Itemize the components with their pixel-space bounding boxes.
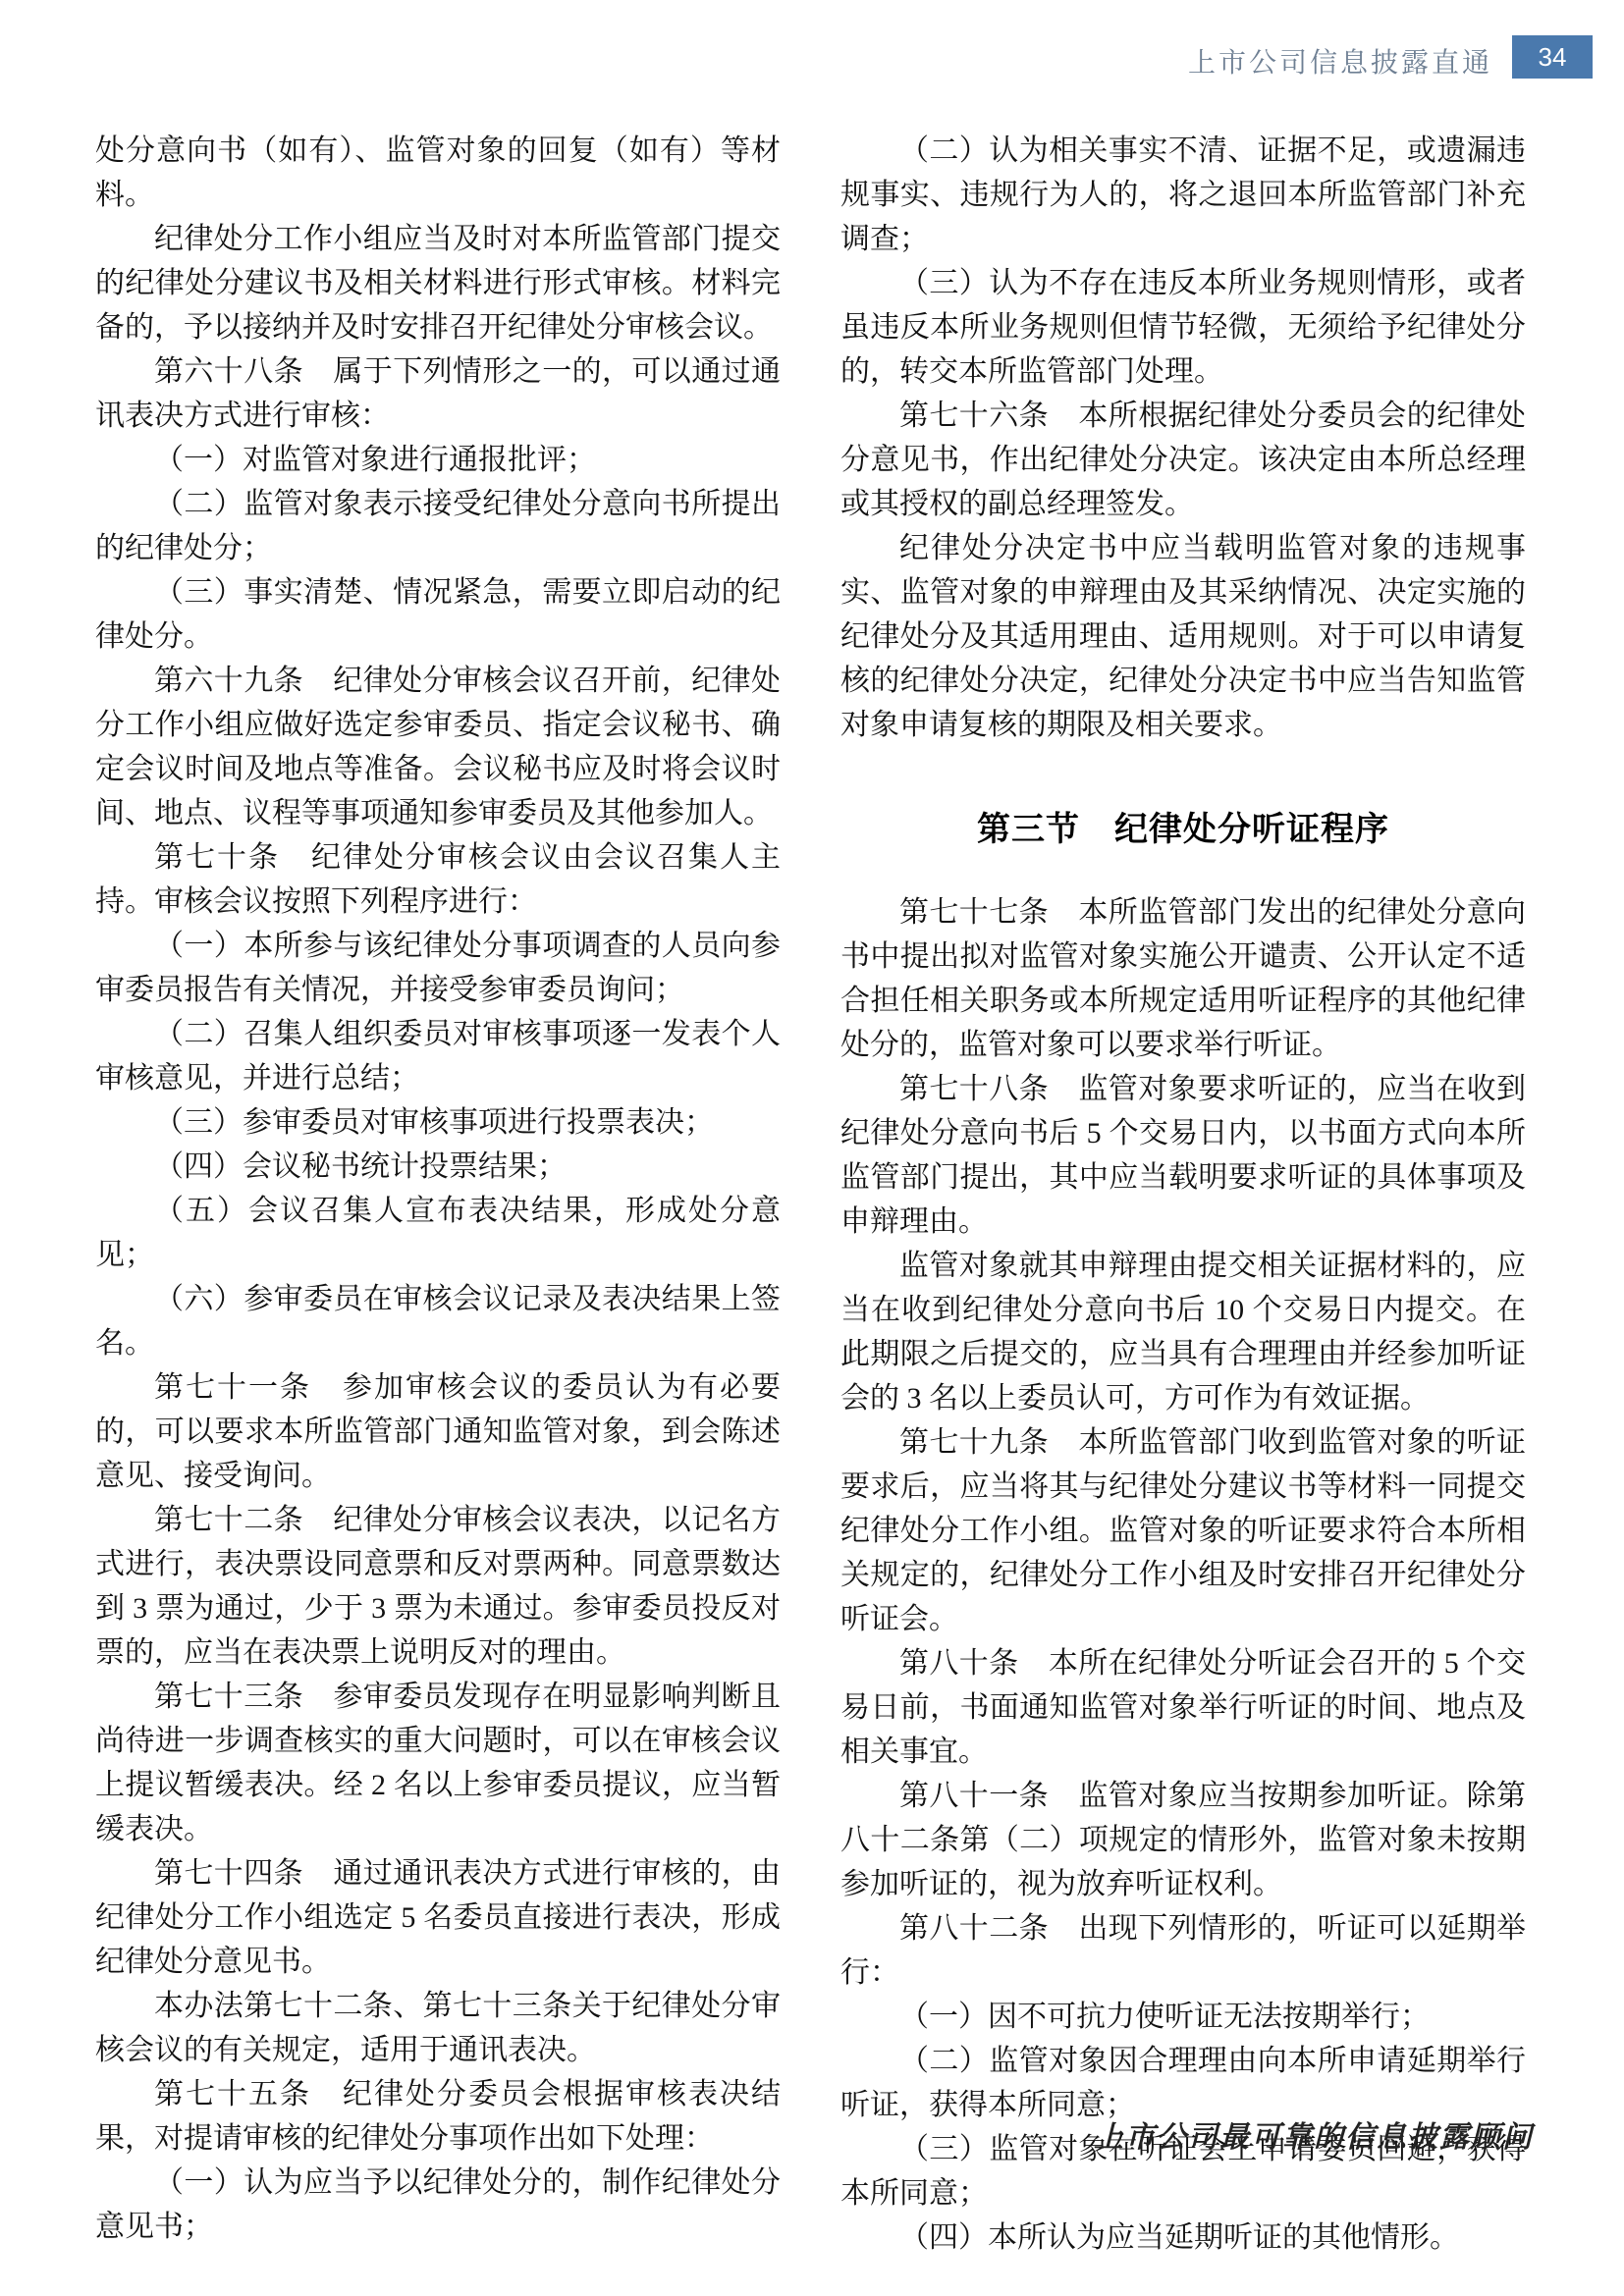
paragraph: （六）参审委员在审核会议记录及表决结果上签名。 [95,1277,781,1365]
paragraph: 第八十一条 监管对象应当按期参加听证。除第八十二条第（二）项规定的情形外，监管对… [840,1774,1526,1906]
paragraph: 第七十三条 参审委员发现存在明显影响判断且尚待进一步调查核实的重大问题时，可以在… [95,1675,781,1851]
paragraph: 第六十八条 属于下列情形之一的，可以通过通讯表决方式进行审核： [95,349,781,438]
paragraph: 第六十九条 纪律处分审核会议召开前，纪律处分工作小组应做好选定参审委员、指定会议… [95,659,781,835]
paragraph: 第七十五条 纪律处分委员会根据审核表决结果，对提请审核的纪律处分事项作出如下处理… [95,2072,781,2161]
paragraph: 第七十二条 纪律处分审核会议表决，以记名方式进行，表决票设同意票和反对票两种。同… [95,1498,781,1675]
page-header-title: 上市公司信息披露直通 [1188,41,1492,80]
paragraph: （三）事实清楚、情况紧急，需要立即启动的纪律处分。 [95,570,781,659]
paragraph: 纪律处分工作小组应当及时对本所监管部门提交的纪律处分建议书及相关材料进行形式审核… [95,217,781,349]
paragraph: （四）会议秘书统计投票结果； [95,1145,781,1189]
paragraph: 第七十八条 监管对象要求听证的，应当在收到纪律处分意向书后 5 个交易日内，以书… [840,1067,1526,1244]
section-title: 第三节 纪律处分听证程序 [840,810,1526,849]
paragraph: （五）会议召集人宣布表决结果，形成处分意见； [95,1189,781,1277]
page-number-badge: 34 [1512,35,1593,79]
paragraph: （三）认为不存在违反本所业务规则情形，或者虽违反本所业务规则但情节轻微，无须给予… [840,261,1526,394]
paragraph: 第七十六条 本所根据纪律处分委员会的纪律处分意见书，作出纪律处分决定。该决定由本… [840,394,1526,526]
paragraph: 第七十九条 本所监管部门收到监管对象的听证要求后，应当将其与纪律处分建议书等材料… [840,1420,1526,1641]
paragraph: （一）本所参与该纪律处分事项调查的人员向参审委员报告有关情况，并接受参审委员询问… [95,924,781,1012]
paragraph: （二）监管对象表示接受纪律处分意向书所提出的纪律处分； [95,482,781,570]
paragraph: （二）召集人组织委员对审核事项逐一发表个人审核意见，并进行总结； [95,1012,781,1100]
paragraph: 第七十四条 通过通讯表决方式进行审核的，由纪律处分工作小组选定 5 名委员直接进… [95,1851,781,1984]
paragraph: 第七十条 纪律处分审核会议由会议召集人主持。审核会议按照下列程序进行： [95,835,781,924]
paragraph: （一）因不可抗力使听证无法按期举行； [840,1995,1526,2039]
footer-slogan: 上市公司最可靠的信息披露顾问 [1094,2112,1534,2156]
right-column: （二）认为相关事实不清、证据不足，或遗漏违规事实、违规行为人的，将之退回本所监管… [840,129,1526,2260]
paragraph: 第七十七条 本所监管部门发出的纪律处分意向书中提出拟对监管对象实施公开谴责、公开… [840,890,1526,1067]
paragraph: 第八十二条 出现下列情形的，听证可以延期举行： [840,1906,1526,1995]
paragraph: （一）对监管对象进行通报批评； [95,438,781,482]
paragraph: （二）认为相关事实不清、证据不足，或遗漏违规事实、违规行为人的，将之退回本所监管… [840,129,1526,261]
page-number: 34 [1539,42,1567,72]
paragraph: 监管对象就其申辩理由提交相关证据材料的，应当在收到纪律处分意向书后 10 个交易… [840,1244,1526,1420]
left-column: 处分意向书（如有）、监管对象的回复（如有）等材料。纪律处分工作小组应当及时对本所… [95,129,781,2249]
paragraph: （四）本所认为应当延期听证的其他情形。 [840,2216,1526,2260]
paragraph: 本办法第七十二条、第七十三条关于纪律处分审核会议的有关规定，适用于通讯表决。 [95,1984,781,2072]
paragraph: （三）参审委员对审核事项进行投票表决； [95,1100,781,1145]
paragraph: 处分意向书（如有）、监管对象的回复（如有）等材料。 [95,129,781,217]
paragraph: 第八十条 本所在纪律处分听证会召开的 5 个交易日前，书面通知监管对象举行听证的… [840,1641,1526,1774]
paragraph: 第七十一条 参加审核会议的委员认为有必要的，可以要求本所监管部门通知监管对象，到… [95,1365,781,1498]
paragraph: （一）认为应当予以纪律处分的，制作纪律处分意见书； [95,2161,781,2249]
document-page: 上市公司信息披露直通 34 处分意向书（如有）、监管对象的回复（如有）等材料。纪… [0,0,1624,2296]
paragraph: 纪律处分决定书中应当载明监管对象的违规事实、监管对象的申辩理由及其采纳情况、决定… [840,526,1526,747]
